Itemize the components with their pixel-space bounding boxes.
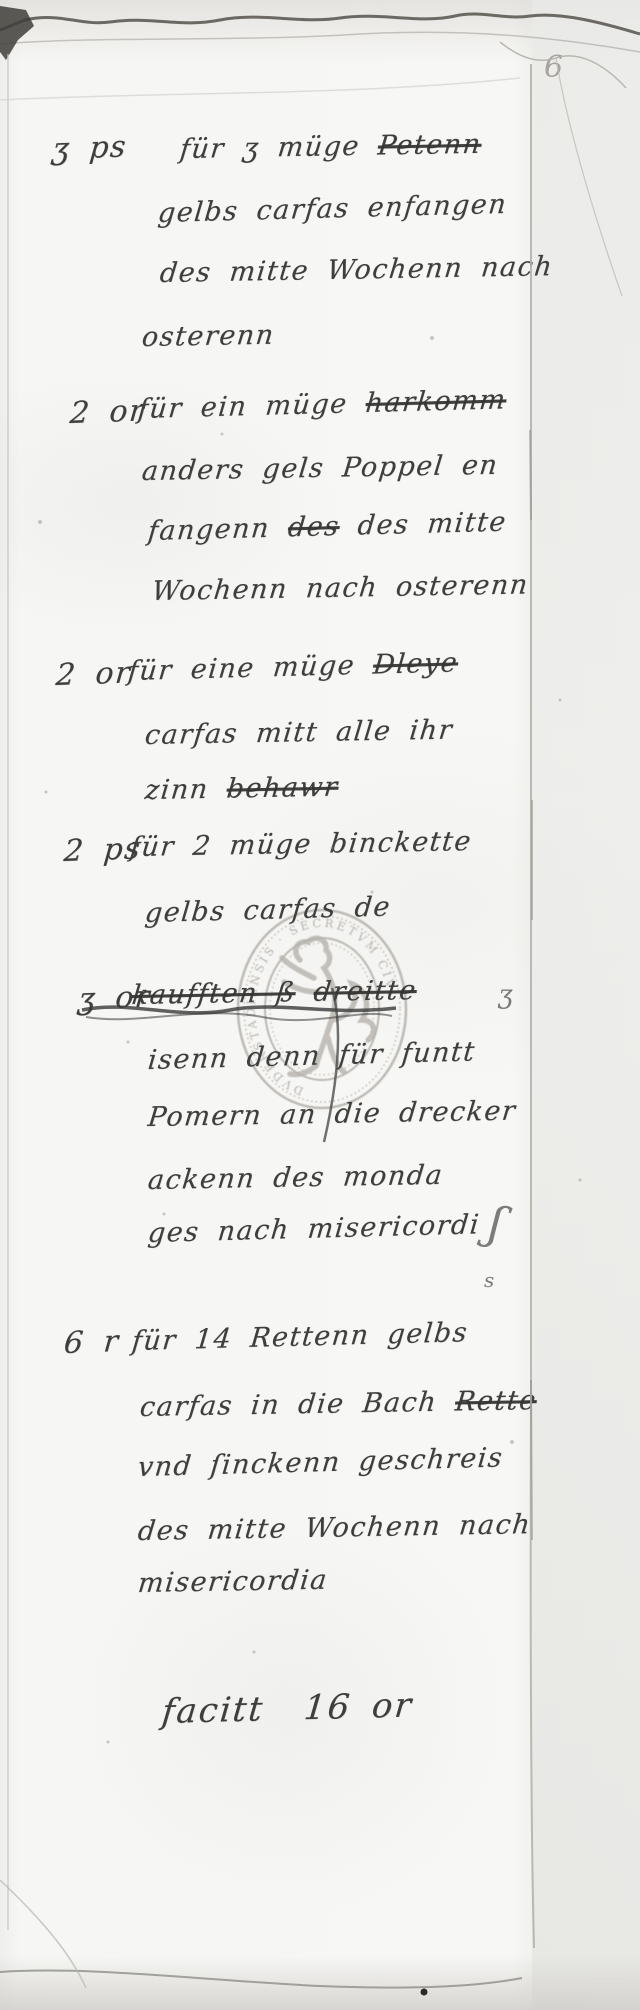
entry-6-amount: 6 r [62,1324,121,1361]
entry-2-amount: 2 or [68,393,146,431]
text-segment: carfas in die Bach [138,1386,456,1423]
text-segment: gelbs carfas enfangen [157,189,509,229]
struck-word: des [287,511,342,543]
text-segment: vnd ſinckenn geschreis [137,1442,505,1483]
entry-6-line-2: carfas in die Bach Rette [138,1385,538,1423]
text-segment: für ʒ müge [178,131,379,166]
text-segment: für eine müge [127,650,375,688]
entry-2-line-1: für ein müge harkomm [137,384,508,425]
text-segment: isenn denn für funtt [147,1036,478,1076]
text-segment: für 2 müge binckette [128,826,473,863]
text-segment: zinn [143,774,228,806]
sum-line: facitt16 or [160,1685,415,1732]
struck-word: dreitte [312,975,418,1008]
entry-3-amount: 2 or [54,655,132,693]
text-segment: ackenn des monda [146,1160,444,1196]
entry-5-line-3: Pomern an die drecker [146,1096,518,1133]
entry-6-line-1: für 14 Rettenn gelbs [131,1317,470,1357]
entry-2-line-2: anders gels Poppel en [140,450,500,487]
entry-5-line-1: kaufften ß dreitte [130,975,418,1011]
top-crease [0,78,520,100]
entry-1-line-1: für ʒ müge Petenn [178,129,483,165]
text-segment: carfas mitt alle ihr [143,715,454,751]
entry-6-line-4: des mitte Wochenn nach [136,1509,532,1547]
entry-6-line-5: misericordia [136,1565,329,1599]
text-segment: osterenn [140,320,276,353]
entry-1-line-3: des mitte Wochenn nach [158,251,554,289]
entry-2-line-4: Wochenn nach osterenn [150,569,530,607]
sum-label: facitt [160,1689,266,1732]
entry-3-line-3: zinn behawr [143,772,340,806]
text-segment: gelbs carfas de [144,892,393,930]
text-segment: für 14 Rettenn gelbs [131,1317,470,1357]
city-seal-stamp: DVDERSTADIENSIS · SECRETVM CIVI [236,908,408,1110]
right-fold-area [532,0,640,2010]
marginal-mark-2: ʃ [485,1195,508,1250]
entry-1-line-2: gelbs carfas enfangen [157,189,509,229]
struck-word: Petenn [376,129,483,162]
struck-word: Dleye [372,647,460,680]
entry-3-line-2: carfas mitt alle ihr [143,715,454,751]
entry-3-line-1: für eine müge Dleye [127,647,460,687]
page-number: 6 [544,50,563,85]
entry-5-line-2: isenn denn für funtt [147,1036,478,1076]
bottom-edge-shading [0,1955,640,2010]
sum-gap [263,1719,303,1720]
entry-4-line-2: gelbs carfas de [144,892,393,930]
entry-4-line-1: für 2 müge binckette [128,826,473,863]
struck-word: Rette [454,1385,539,1417]
text-segment: Wochenn nach osterenn [150,569,530,607]
text-segment: des mitte [338,507,508,542]
manuscript-scan: { "page_number": "6", "colors": { "ink":… [0,0,640,2010]
text-segment: fangenn [147,512,290,547]
marginal-mark-1: ʒ [498,980,513,1010]
entry-5-line-4: ackenn des monda [146,1160,444,1196]
text-segment: ges nach misericordi [147,1209,482,1249]
entry-2-line-3: fangenn des des mitte [147,507,509,547]
text-segment: des mitte Wochenn nach [136,1509,532,1547]
entry-1-amount: ʒ ps [50,129,128,167]
struck-word: kaufften ß [130,977,297,1011]
entry-6-line-3: vnd ſinckenn geschreis [137,1442,505,1483]
struck-word: behawr [225,772,340,805]
sum-value: 16 or [302,1685,415,1728]
entry-5-line-5: ges nach misericordi [147,1209,482,1249]
text-segment: des mitte Wochenn nach [158,251,554,289]
text-segment: Pomern an die drecker [146,1096,518,1133]
text-segment: anders gels Poppel en [140,450,500,487]
text-segment: für ein müge [137,388,368,425]
text-segment: misericordia [136,1565,329,1599]
marginal-mark-3: s [484,1268,494,1292]
entry-1-line-4: osterenn [140,320,276,353]
struck-word: harkomm [364,384,508,419]
